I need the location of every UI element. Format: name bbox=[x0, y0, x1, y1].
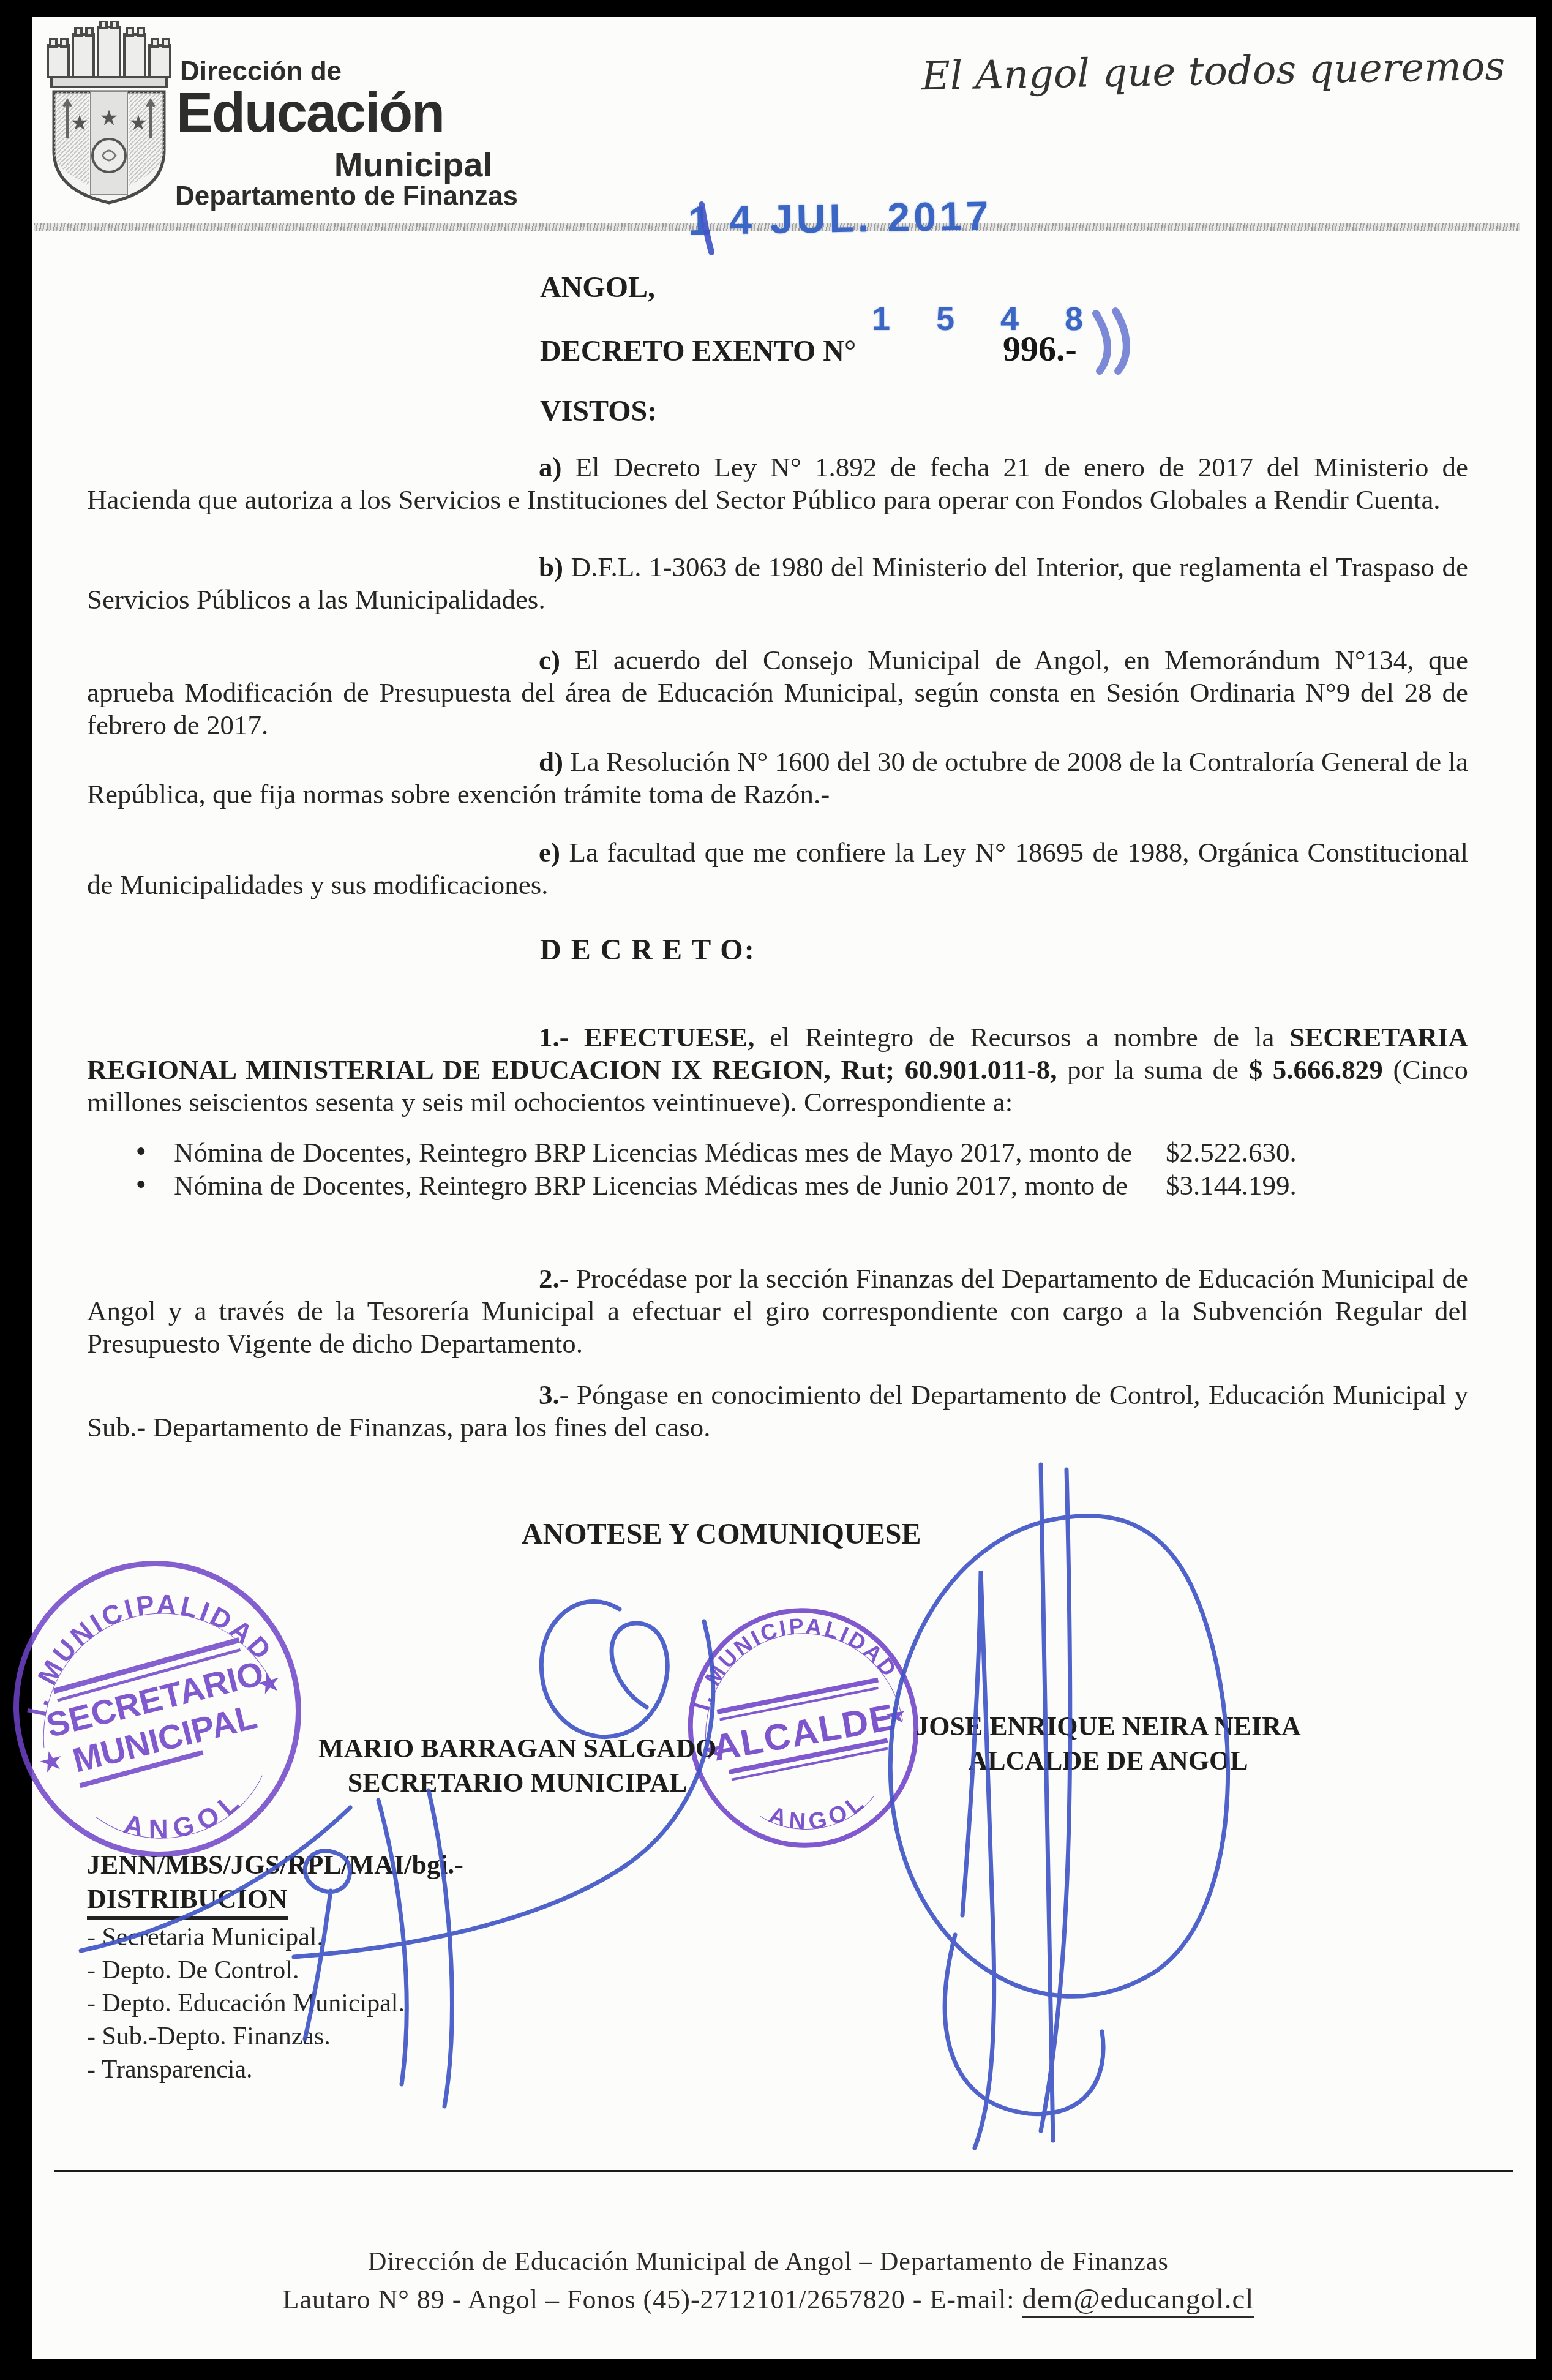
star-icon: ★ bbox=[883, 1701, 907, 1729]
dept-name-line2: Educación bbox=[176, 82, 444, 145]
vistos-item-e: e) La facultad que me confiere la Ley N°… bbox=[87, 836, 1468, 901]
item-text: Procédase por la sección Finanzas del De… bbox=[87, 1263, 1468, 1359]
secretary-title: SECRETARIO MUNICIPAL bbox=[141, 1767, 894, 1798]
distribution-item: - Sub.-Depto. Finanzas. bbox=[87, 2022, 331, 2051]
item-prefix: d) bbox=[539, 746, 563, 777]
list-item-amount: $2.522.630. bbox=[1166, 1136, 1297, 1168]
vistos-item-d: d) La Resolución N° 1600 del 30 de octub… bbox=[87, 746, 1468, 811]
item-text: La Resolución N° 1600 del 30 de octubre … bbox=[87, 746, 1468, 809]
item-prefix: 2.- bbox=[539, 1263, 569, 1294]
star-icon: ★ bbox=[37, 1746, 66, 1777]
distribution-item: - Depto. Educación Municipal. bbox=[87, 1989, 405, 2018]
decree-number: 996.- bbox=[1003, 328, 1077, 369]
city-line: ANGOL, bbox=[540, 271, 655, 304]
dept-name-line3: Municipal bbox=[178, 145, 492, 184]
scanned-decree-page: ★ ★ ★ Dirección de Educación Municipal D… bbox=[0, 0, 1552, 2380]
mayor-name: JOSE ENRIQUE NEIRA NEIRA bbox=[905, 1711, 1311, 1742]
item-text: Póngase en conocimiento del Departamento… bbox=[87, 1380, 1468, 1443]
vistos-heading: VISTOS: bbox=[540, 394, 657, 428]
star-icon: ★ bbox=[129, 112, 148, 135]
decreto-heading: D E C R E T O: bbox=[540, 933, 755, 967]
alcalde-stamp: I. MUNICIPALIDAD ALCALDE ANGOL ★ ★ bbox=[661, 1586, 945, 1869]
distribution-heading: DISTRIBUCION bbox=[87, 1883, 288, 1920]
footer-address: Lautaro N° 89 - Angol – Fonos (45)-27121… bbox=[283, 2284, 1022, 2314]
item-text: D.F.L. 1-3063 de 1980 del Ministerio del… bbox=[87, 552, 1468, 615]
list-item-text: Nómina de Docentes, Reintegro BRP Licenc… bbox=[174, 1136, 1133, 1168]
footer-org-line: Dirección de Educación Municipal de Ango… bbox=[0, 2247, 1537, 2277]
footer-divider bbox=[54, 2170, 1513, 2172]
vistos-item-a: a) El Decreto Ley N° 1.892 de fecha 21 d… bbox=[87, 451, 1468, 516]
footer-email: dem@educangol.cl bbox=[1022, 2283, 1254, 2318]
item-prefix: c) bbox=[539, 645, 560, 675]
bullet-icon: ● bbox=[136, 1174, 146, 1194]
star-icon: ★ bbox=[70, 112, 89, 135]
list-item-amount: $3.144.199. bbox=[1166, 1169, 1297, 1201]
date-received-stamp: 1 4 JUL. 2017 bbox=[688, 192, 992, 244]
item-text: La facultad que me confiere la Ley N° 18… bbox=[87, 837, 1468, 900]
item-text: El Decreto Ley N° 1.892 de fecha 21 de e… bbox=[87, 452, 1468, 515]
angol-coat-of-arms-icon: ★ ★ ★ bbox=[44, 21, 174, 205]
resolution-1: 1.- EFECTUESE, el Reintegro de Recursos … bbox=[87, 1021, 1468, 1119]
list-item: ● Nómina de Docentes, Reintegro BRP Lice… bbox=[136, 1169, 1477, 1204]
closing-formula: ANOTESE Y COMUNIQUESE bbox=[522, 1517, 921, 1551]
footer-contact-line: Lautaro N° 89 - Angol – Fonos (45)-27121… bbox=[0, 2283, 1537, 2316]
distribution-item: - Secretaria Municipal. bbox=[87, 1923, 323, 1952]
item-prefix: a) bbox=[539, 452, 562, 482]
star-icon: ★ bbox=[255, 1668, 283, 1699]
list-item: ● Nómina de Docentes, Reintegro BRP Lice… bbox=[136, 1136, 1477, 1171]
res1-bold3: $ 5.666.829 bbox=[1249, 1054, 1383, 1085]
res1-text1: el Reintegro de Recursos a nombre de la bbox=[754, 1022, 1289, 1053]
decree-label: DECRETO EXENTO N° bbox=[540, 334, 856, 368]
vistos-item-c: c) El acuerdo del Consejo Municipal de A… bbox=[87, 644, 1468, 741]
dept-name-line4: Departamento de Finanzas bbox=[175, 181, 518, 212]
res1-bold1: 1.- EFECTUESE, bbox=[539, 1022, 754, 1053]
resolution-2: 2.- Procédase por la sección Finanzas de… bbox=[87, 1263, 1468, 1360]
star-icon: ★ bbox=[100, 107, 118, 130]
secretary-name: MARIO BARRAGAN SALGADO bbox=[141, 1733, 894, 1764]
distribution-item: - Depto. De Control. bbox=[87, 1956, 299, 1985]
vistos-item-b: b) D.F.L. 1-3063 de 1980 del Ministerio … bbox=[87, 551, 1468, 616]
responsibility-initials: JENN/MBS/JGS/RPL/MAI/bgi.- bbox=[87, 1849, 463, 1880]
resolution-3: 3.- Póngase en conocimiento del Departam… bbox=[87, 1379, 1468, 1444]
item-prefix: e) bbox=[539, 837, 560, 868]
distribution-item: - Transparencia. bbox=[87, 2055, 253, 2084]
mayor-title: ALCALDE DE ANGOL bbox=[905, 1745, 1311, 1776]
res1-text2: por la suma de bbox=[1057, 1054, 1248, 1085]
bullet-icon: ● bbox=[136, 1141, 146, 1161]
item-prefix: b) bbox=[539, 552, 563, 582]
list-item-text: Nómina de Docentes, Reintegro BRP Licenc… bbox=[174, 1169, 1128, 1201]
item-prefix: 3.- bbox=[539, 1380, 569, 1410]
item-text: El acuerdo del Consejo Municipal de Ango… bbox=[87, 645, 1468, 740]
